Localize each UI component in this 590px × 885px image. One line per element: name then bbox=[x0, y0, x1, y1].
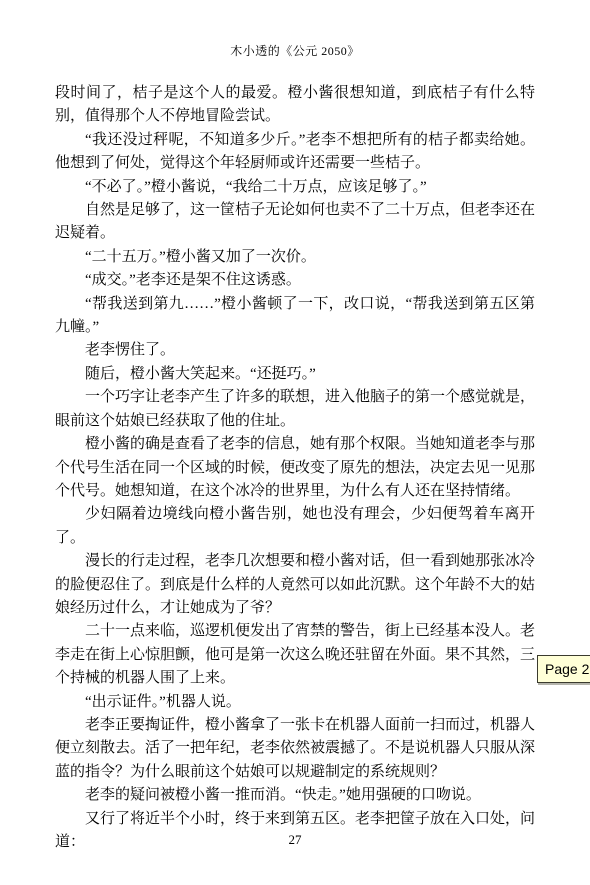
page-number: 27 bbox=[0, 832, 590, 848]
paragraph: 段时间了，桔子是这个人的最爱。橙小酱很想知道，到底桔子有什么特别，值得那个人不停… bbox=[55, 82, 535, 129]
paragraph: 老李正要掏证件，橙小酱拿了一张卡在机器人面前一扫而过，机器人便立刻散去。活了一把… bbox=[55, 714, 535, 784]
paragraph: 老李愣住了。 bbox=[55, 339, 535, 362]
paragraph: 橙小酱的确是查看了老李的信息，她有那个权限。当她知道老李与那个代号生活在同一个区… bbox=[55, 433, 535, 503]
paragraph: 二十一点来临，巡逻机便发出了宵禁的警告，街上已经基本没人。老李走在街上心惊胆颤，… bbox=[55, 620, 535, 690]
paragraph: 老李的疑问被橙小酱一推而消。“快走。”她用强硬的口吻说。 bbox=[55, 784, 535, 807]
paragraph: 一个巧字让老李产生了许多的联想，进入他脑子的第一个感觉就是，眼前这个姑娘已经获取… bbox=[55, 386, 535, 433]
paragraph: 自然是足够了，这一筐桔子无论如何也卖不了二十万点，但老李还在迟疑着。 bbox=[55, 199, 535, 246]
page-indicator-badge: Page 25 bbox=[537, 655, 590, 683]
paragraph: “帮我送到第九……”橙小酱顿了一下，改口说，“帮我送到第五区第九幢。” bbox=[55, 293, 535, 340]
paragraph: 少妇隔着边境线向橙小酱告别，她也没有理会，少妇便驾着车离开了。 bbox=[55, 503, 535, 550]
paragraph: “二十五万。”橙小酱又加了一次价。 bbox=[55, 246, 535, 269]
paragraph: “出示证件。”机器人说。 bbox=[55, 691, 535, 714]
body-text: 段时间了，桔子是这个人的最爱。橙小酱很想知道，到底桔子有什么特别，值得那个人不停… bbox=[55, 82, 535, 854]
paragraph: “我还没过秤呢，不知道多少斤。”老李不想把所有的桔子都卖给她。他想到了何处，觉得… bbox=[55, 129, 535, 176]
paragraph: 漫长的行走过程，老李几次想要和橙小酱对话，但一看到她那张冰冷的脸便忍住了。到底是… bbox=[55, 550, 535, 620]
running-header: 木小透的《公元 2050》 bbox=[0, 42, 590, 59]
paragraph: “成交。”老李还是架不住这诱惑。 bbox=[55, 269, 535, 292]
paragraph: “不必了。”橙小酱说，“我给二十万点，应该足够了。” bbox=[55, 176, 535, 199]
paragraph: 随后，橙小酱大笑起来。“还挺巧。” bbox=[55, 363, 535, 386]
